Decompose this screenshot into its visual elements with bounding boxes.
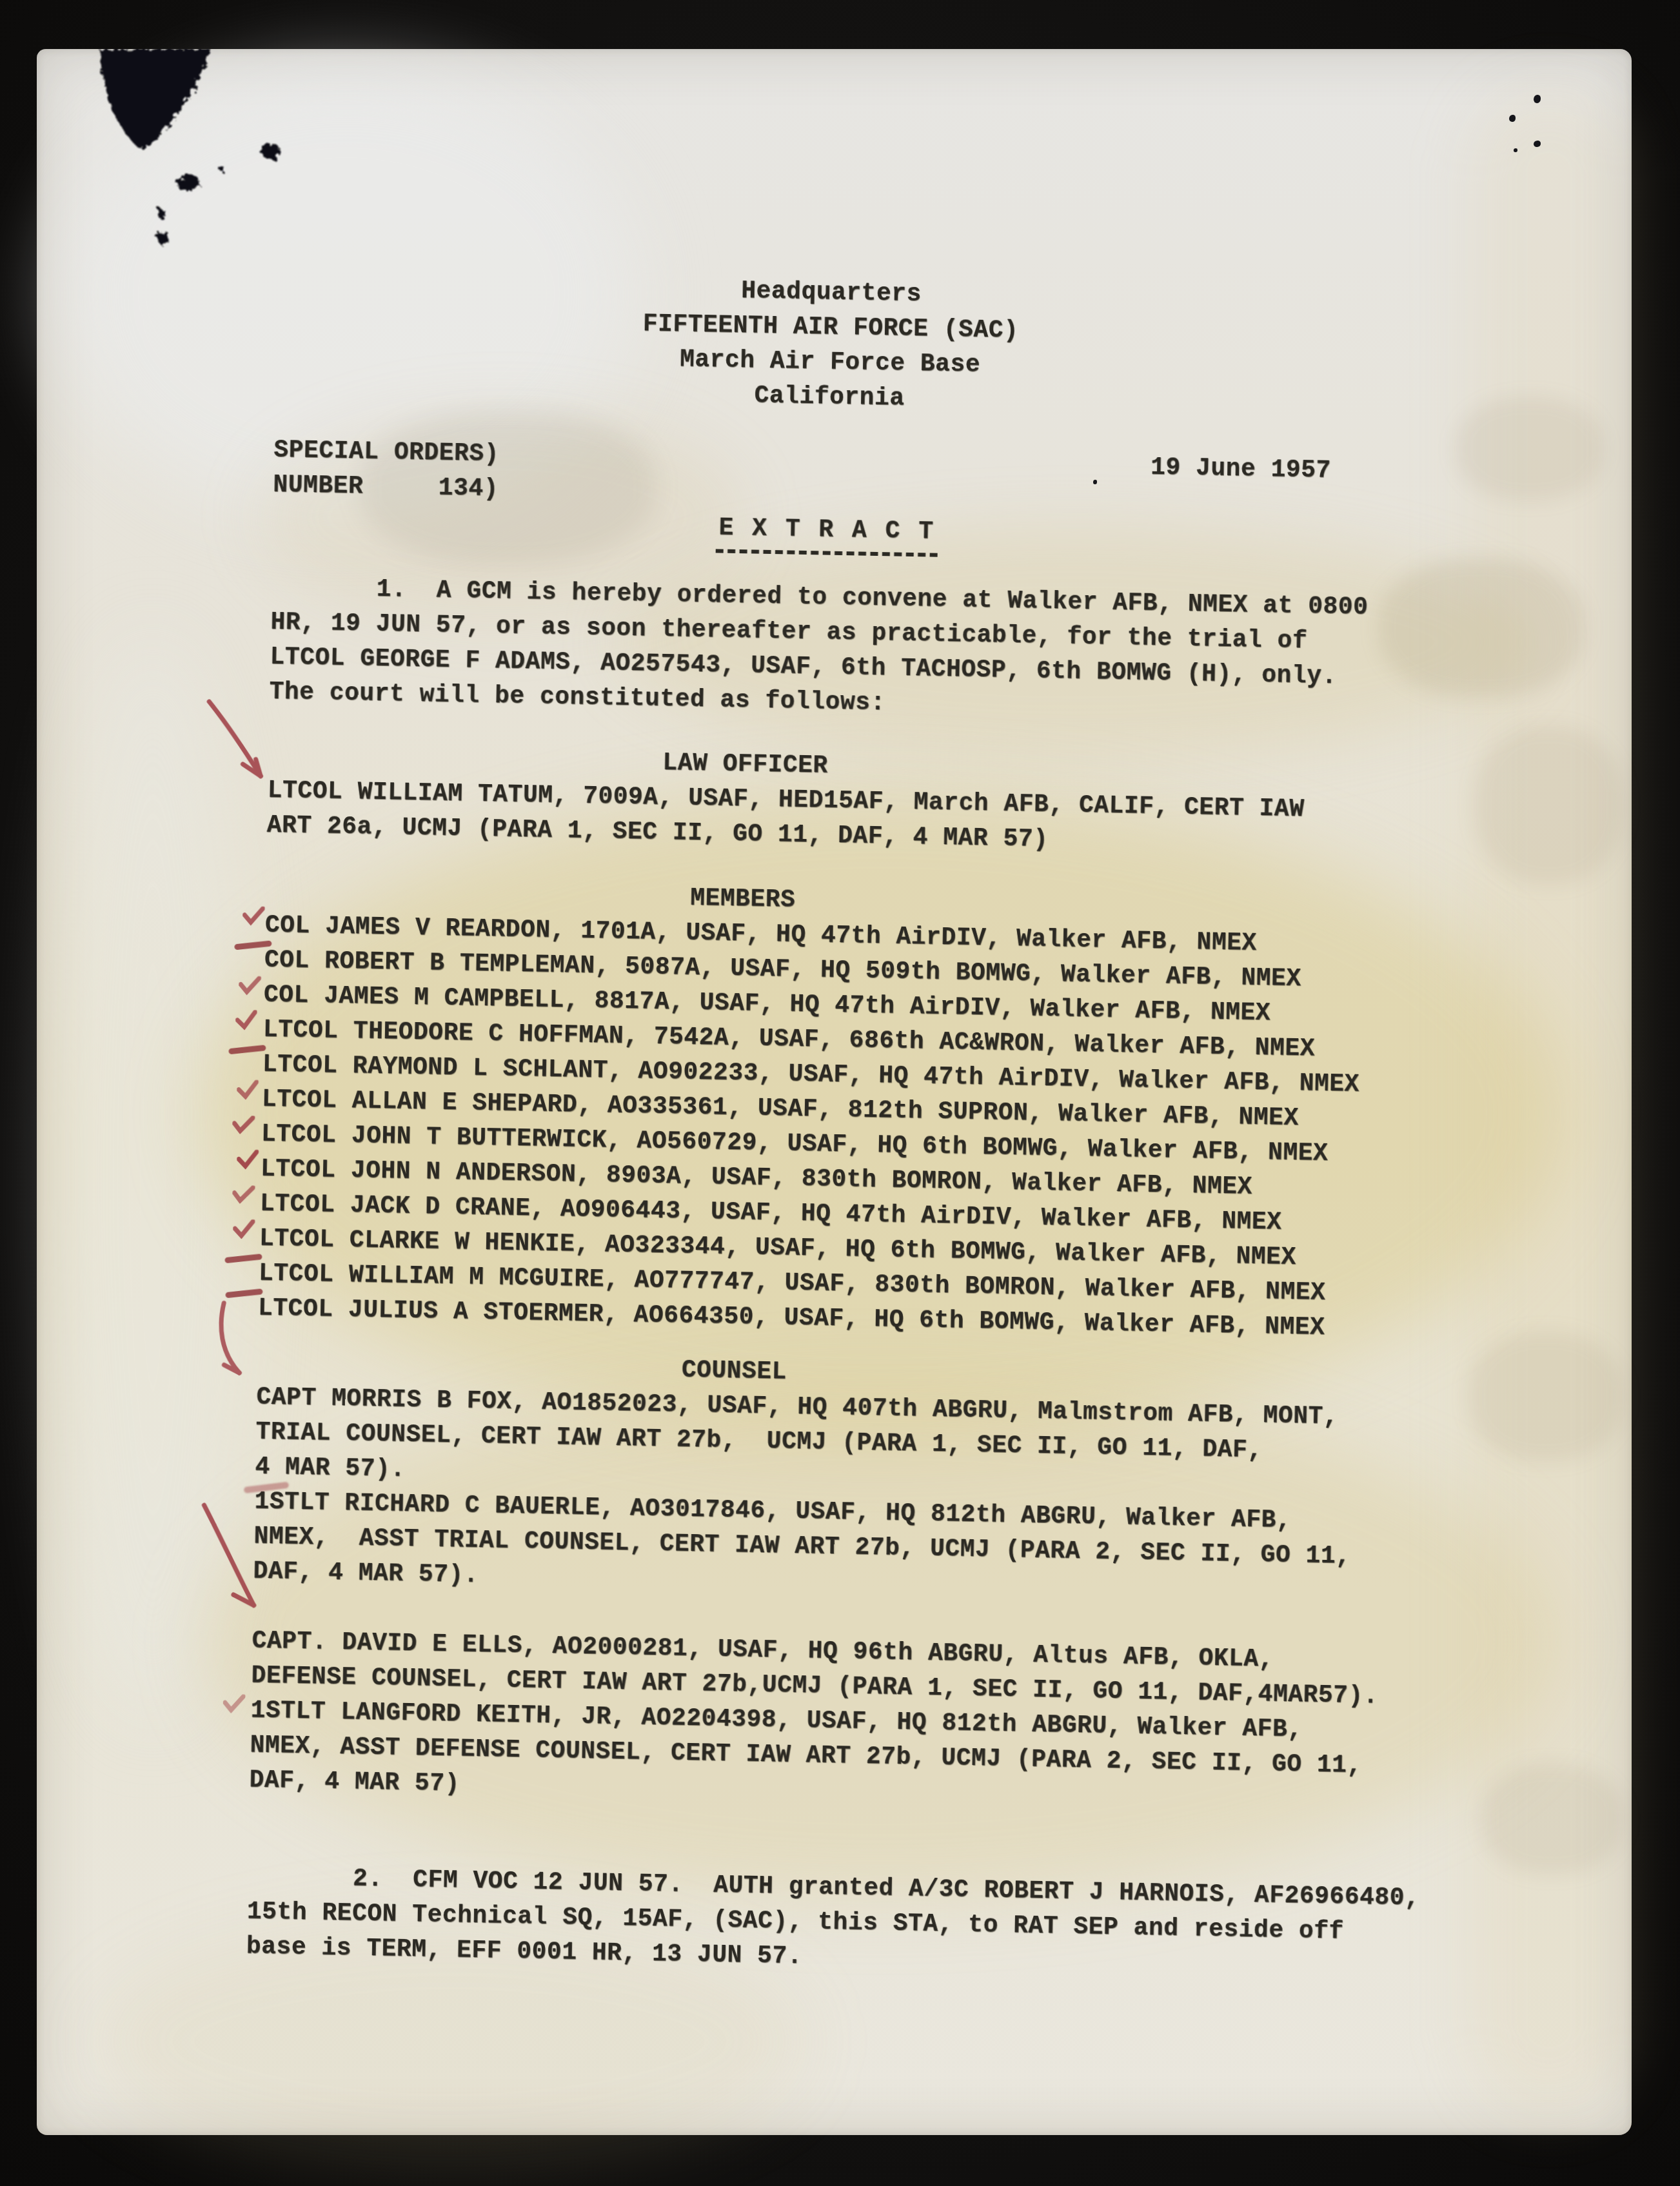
- red-check-mark: [232, 1183, 255, 1205]
- red-check-mark: [237, 1080, 259, 1100]
- paragraph-2: 2. CFM VOC 12 JUN 57. AUTH granted A/3C …: [246, 1860, 1602, 1989]
- red-check-mark: [222, 1693, 246, 1714]
- counsel-section: COUNSEL CAPT MORRIS B FOX, AO1852023, US…: [249, 1346, 1612, 1823]
- red-dash-mark: [225, 1288, 263, 1298]
- members-section: MEMBERS COL JAMES V REARDON, 1701A, USAF…: [258, 874, 1621, 1351]
- red-check-mark: [235, 1010, 258, 1030]
- red-check-mark: [237, 1150, 259, 1170]
- photo-stage: HeadquartersFIFTEENTH AIR FORCE (SAC)Mar…: [0, 0, 1680, 2186]
- red-dash-mark: [228, 1045, 266, 1054]
- red-check-mark: [233, 1219, 255, 1239]
- red-check-mark: [238, 975, 261, 996]
- letterhead: HeadquartersFIFTEENTH AIR FORCE (SAC)Mar…: [217, 264, 1445, 426]
- red-dash-mark: [224, 1254, 262, 1263]
- law-officer-section: LAW OFFICER LTCOL WILLIAM TATUM, 7009A, …: [266, 739, 1623, 868]
- red-check-mark: [242, 906, 265, 926]
- paragraph-1: 1. A GCM is hereby ordered to convene at…: [269, 571, 1626, 734]
- typed-content: HeadquartersFIFTEENTH AIR FORCE (SAC)Mar…: [3, 44, 1636, 2160]
- red-check-mark: [232, 1114, 255, 1136]
- document-page: HeadquartersFIFTEENTH AIR FORCE (SAC)Mar…: [37, 49, 1632, 2135]
- order-date: 19 June 1957: [1151, 451, 1332, 489]
